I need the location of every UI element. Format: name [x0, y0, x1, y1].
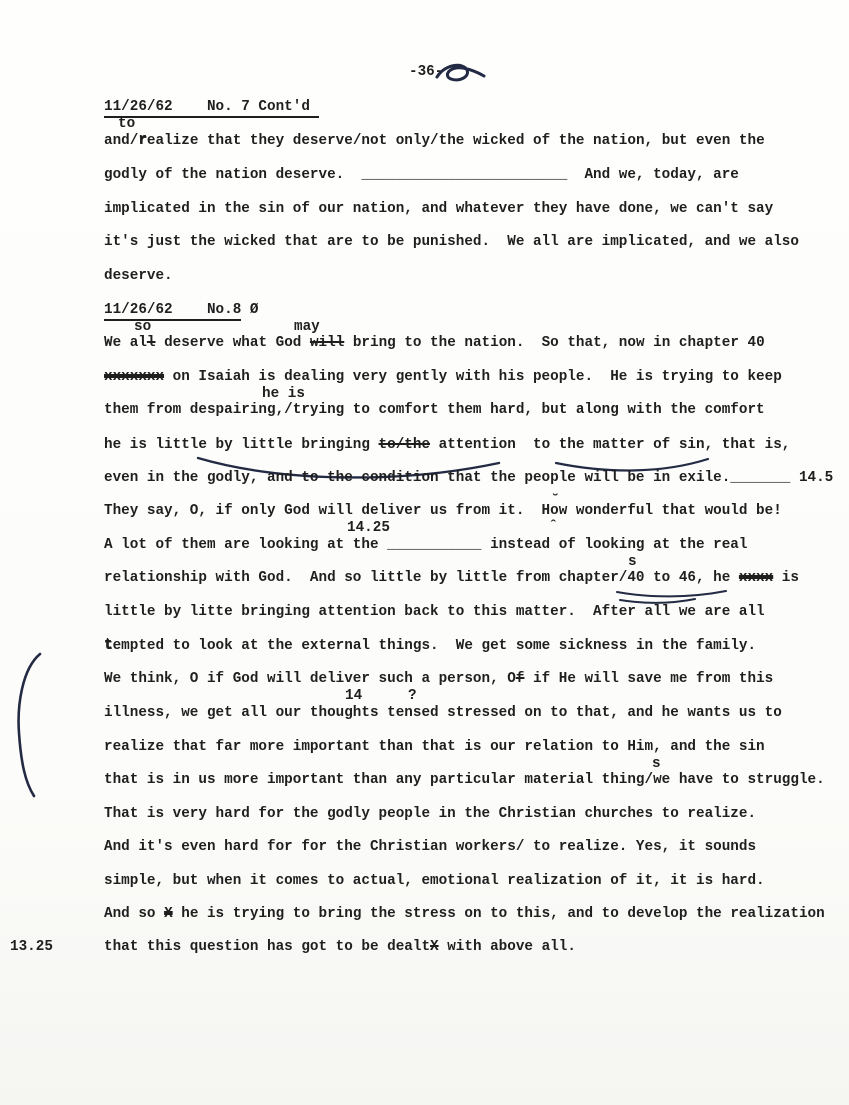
inserted-correction-text: may — [294, 319, 320, 336]
text-segment: We al — [104, 335, 147, 351]
text-line: deserve. — [104, 268, 173, 285]
text-line: tempted to look at the external things. … — [104, 638, 756, 655]
text-line: And so X he is trying to bring the stres… — [104, 906, 825, 923]
text-segment: and/ — [104, 133, 138, 149]
inserted-correction-text: so — [134, 319, 151, 336]
text-segment: That is very hard for the godly people i… — [104, 806, 756, 822]
inserted-correction-text: s — [652, 756, 661, 773]
text-segment: he is little by little bringing — [104, 437, 379, 453]
heading-text: 11/26/62 No.8 — [104, 302, 241, 321]
text-segment: We think, O if God will deliver such a p… — [104, 671, 516, 687]
heading-text: 11/26/62 No. 7 Cont'd — [104, 99, 319, 118]
struck-text-segment: to/the — [379, 437, 430, 453]
text-line: that is in us more important than any pa… — [104, 772, 825, 789]
handwritten-double-underline-40-46-bottom — [620, 599, 695, 603]
text-line: that this question has got to be dealtX … — [104, 939, 576, 956]
text-segment: on Isaiah is dealing very gently with hi… — [164, 369, 782, 385]
text-segment: with above all. — [439, 939, 576, 955]
text-line: godly of the nation deserve. ___________… — [104, 167, 739, 184]
inserted-correction-text: ˘ — [551, 493, 560, 510]
text-segment: little by litte bringing attention back … — [104, 604, 765, 620]
text-segment: And so — [104, 906, 164, 922]
text-segment: is — [773, 570, 799, 586]
document-page: -36- 11/26/62 No. 7 Cont'd 11/26/62 No.8… — [0, 0, 849, 1105]
text-segment: illness, we get all our thoughts tensed … — [104, 705, 782, 721]
handwritten-margin-bracket — [19, 654, 40, 796]
text-line: and/realize that they deserve/not only/t… — [104, 133, 765, 150]
struck-text-segment: t — [104, 638, 113, 654]
text-line: And it's even hard for for the Christian… — [104, 839, 756, 856]
page-number: -36- — [409, 64, 443, 81]
text-segment: that is in us more important than any pa… — [104, 772, 825, 788]
pen-flourish-icon — [437, 65, 484, 80]
inserted-correction-text: 14.25 — [347, 520, 390, 537]
inserted-correction-text: he is — [262, 386, 305, 403]
text-segment: them from despairing,/trying to comfort … — [104, 402, 765, 418]
text-segment: relationship with God. And so little by … — [104, 570, 739, 586]
handwritten-underline-matter-of-sin — [556, 459, 708, 470]
text-line: That is very hard for the godly people i… — [104, 806, 756, 823]
text-line: it's just the wicked that are to be puni… — [104, 234, 799, 251]
inserted-correction-text: to — [118, 116, 135, 133]
text-segment: attention to the matter of sin, that is, — [430, 437, 790, 453]
text-line: We all deserve what God will bring to th… — [104, 335, 765, 352]
text-line: xxxxxxx on Isaiah is dealing very gently… — [104, 369, 782, 386]
text-segment: godly of the nation deserve. ___________… — [104, 167, 739, 183]
struck-text-segment: l — [147, 335, 156, 351]
struck-text-segment: r — [138, 133, 147, 149]
text-segment: implicated in the sin of our nation, and… — [104, 201, 773, 217]
text-line: them from despairing,/trying to comfort … — [104, 402, 765, 419]
text-segment: And it's even hard for for the Christian… — [104, 839, 756, 855]
inserted-correction-text: ? — [408, 688, 417, 705]
inserted-correction-text: ˆ — [549, 519, 558, 536]
struck-text-segment: xxxx — [739, 570, 773, 586]
handwritten-double-underline-40-46-top — [617, 591, 726, 596]
struck-text-segment: X — [164, 906, 173, 922]
text-segment: if He will save me from this — [524, 671, 773, 687]
heading-suffix: Ø — [241, 302, 258, 318]
section-heading: 11/26/62 No.8 Ø — [104, 302, 258, 319]
text-segment: he is trying to bring the stress on to t… — [173, 906, 825, 922]
text-segment: it's just the wicked that are to be puni… — [104, 234, 799, 250]
text-segment: even in the godly, and to the condition … — [104, 470, 833, 486]
text-segment: that this question has got to be dealt — [104, 939, 430, 955]
text-segment: deserve. — [104, 268, 173, 284]
text-line: implicated in the sin of our nation, and… — [104, 201, 773, 218]
section-heading: 11/26/62 No. 7 Cont'd — [104, 99, 319, 116]
text-line: We think, O if God will deliver such a p… — [104, 671, 773, 688]
text-line: A lot of them are looking at the _______… — [104, 537, 747, 554]
text-line: relationship with God. And so little by … — [104, 570, 799, 587]
text-line: illness, we get all our thoughts tensed … — [104, 705, 782, 722]
struck-text-segment: will — [310, 335, 344, 351]
text-line: little by litte bringing attention back … — [104, 604, 765, 621]
text-segment: simple, but when it comes to actual, emo… — [104, 873, 765, 889]
inserted-correction-text: s — [628, 554, 637, 571]
text-line: realize that far more important than tha… — [104, 739, 765, 756]
text-segment: ealize that they deserve/not only/the wi… — [147, 133, 765, 149]
text-segment: empted to look at the external things. W… — [113, 638, 756, 654]
text-segment: A lot of them are looking at the _______… — [104, 537, 747, 553]
text-segment: bring to the nation. So that, now in cha… — [344, 335, 764, 351]
text-segment: They say, O, if only God will deliver us… — [104, 503, 782, 519]
text-line: even in the godly, and to the condition … — [104, 470, 833, 487]
text-line: simple, but when it comes to actual, emo… — [104, 873, 765, 890]
margin-note: 13.25 — [10, 939, 53, 956]
text-segment: deserve what God — [156, 335, 310, 351]
struck-text-segment: xxxxxxx — [104, 369, 164, 385]
text-segment: realize that far more important than tha… — [104, 739, 765, 755]
inserted-correction-text: 14 — [345, 688, 362, 705]
text-line: They say, O, if only God will deliver us… — [104, 503, 782, 520]
struck-text-segment: X — [430, 939, 439, 955]
text-line: he is little by little bringing to/the a… — [104, 437, 790, 454]
